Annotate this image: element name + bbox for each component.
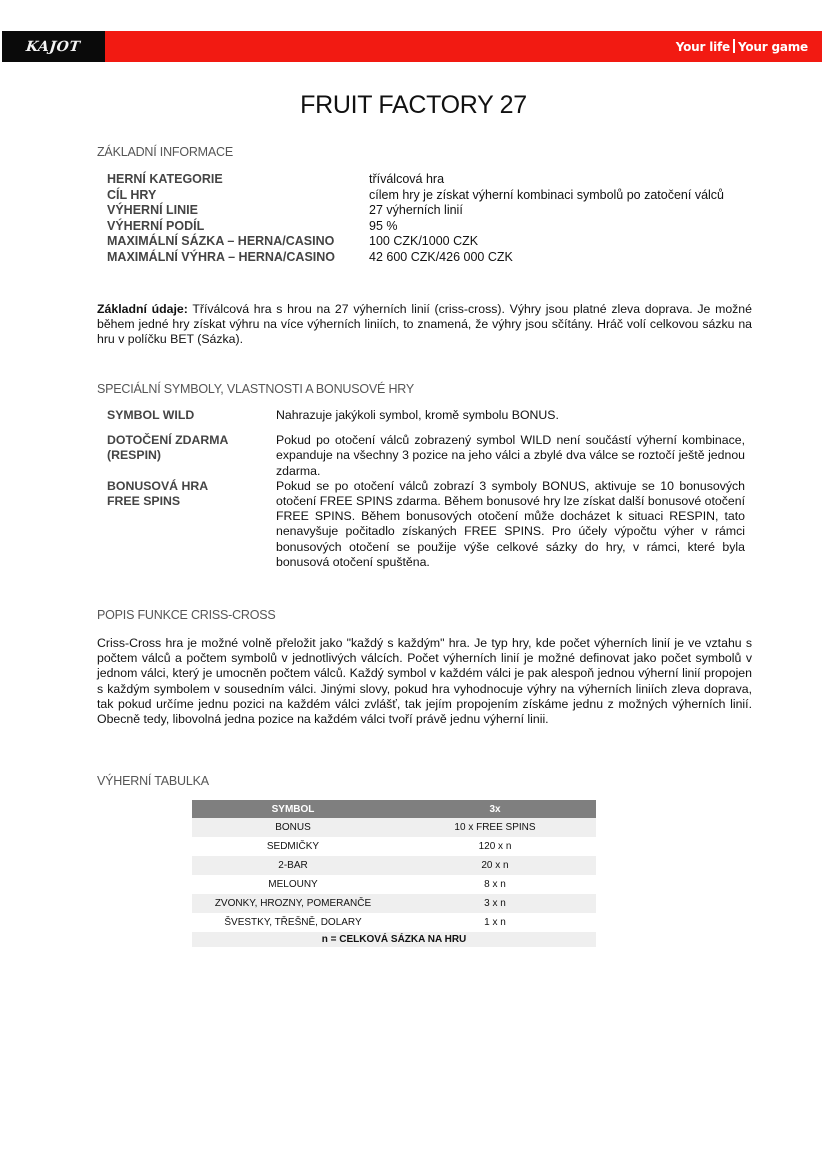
special-row-free-spins: BONUSOVÁ HRA FREE SPINS Pokud se po otoč… xyxy=(107,479,745,570)
paytable-footer-row: n = CELKOVÁ SÁZKA NA HRU xyxy=(192,932,596,947)
info-row: CÍL HRY cílem hry je získat výherní komb… xyxy=(107,188,767,204)
table-row: ŠVESTKY, TŘEŠNĚ, DOLARY 1 x n xyxy=(192,913,596,932)
paytable-symbol: ZVONKY, HROZNY, POMERANČE xyxy=(192,894,394,913)
info-label: MAXIMÁLNÍ SÁZKA – HERNA/CASINO xyxy=(107,234,369,250)
paytable-symbol: SEDMIČKY xyxy=(192,837,394,856)
paytable-symbol: BONUS xyxy=(192,818,394,837)
slogan: Your lifeYour game xyxy=(676,39,808,54)
info-label: CÍL HRY xyxy=(107,188,369,204)
special-desc: Pokud po otočení válců zobrazený symbol … xyxy=(276,433,745,479)
special-label: BONUSOVÁ HRA FREE SPINS xyxy=(107,479,237,570)
paytable-payout: 8 x n xyxy=(394,875,596,894)
info-value: 95 % xyxy=(369,219,767,235)
info-row: HERNÍ KATEGORIE tříválcová hra xyxy=(107,172,767,188)
basic-data-paragraph: Základní údaje: Tříválcová hra s hrou na… xyxy=(97,302,752,348)
table-row: SEDMIČKY 120 x n xyxy=(192,837,596,856)
special-desc: Nahrazuje jakýkoli symbol, kromě symbolu… xyxy=(276,408,745,423)
paytable-symbol: MELOUNY xyxy=(192,875,394,894)
slogan-left: Your life xyxy=(676,40,730,54)
paytable-footnote: n = CELKOVÁ SÁZKA NA HRU xyxy=(192,932,596,947)
info-label: VÝHERNÍ LINIE xyxy=(107,203,369,219)
paytable-column-symbol: SYMBOL xyxy=(192,800,394,818)
info-value: tříválcová hra xyxy=(369,172,767,188)
paytable-symbol: 2-BAR xyxy=(192,856,394,875)
table-row: MELOUNY 8 x n xyxy=(192,875,596,894)
special-symbols-table: SYMBOL WILD Nahrazuje jakýkoli symbol, k… xyxy=(107,408,745,570)
info-value: cílem hry je získat výherní kombinaci sy… xyxy=(369,188,767,204)
paytable-payout: 20 x n xyxy=(394,856,596,875)
basic-data-lead: Základní údaje: xyxy=(97,302,188,316)
info-row: VÝHERNÍ LINIE 27 výherních linií xyxy=(107,203,767,219)
info-label: HERNÍ KATEGORIE xyxy=(107,172,369,188)
basic-info-table: HERNÍ KATEGORIE tříválcová hra CÍL HRY c… xyxy=(107,172,767,265)
paytable-payout: 120 x n xyxy=(394,837,596,856)
info-row: MAXIMÁLNÍ SÁZKA – HERNA/CASINO 100 CZK/1… xyxy=(107,234,767,250)
info-value: 27 výherních linií xyxy=(369,203,767,219)
paytable-payout: 1 x n xyxy=(394,913,596,932)
paytable-column-3x: 3x xyxy=(394,800,596,818)
special-label: DOTOČENÍ ZDARMA (RESPIN) xyxy=(107,433,262,479)
special-desc: Pokud se po otočení válců zobrazí 3 symb… xyxy=(276,479,745,570)
info-label: VÝHERNÍ PODÍL xyxy=(107,219,369,235)
document-title: FRUIT FACTORY 27 xyxy=(0,91,827,120)
paytable-payout: 10 x FREE SPINS xyxy=(394,818,596,837)
slogan-separator xyxy=(733,39,735,53)
table-row: BONUS 10 x FREE SPINS xyxy=(192,818,596,837)
slogan-right: Your game xyxy=(738,40,808,54)
table-row: 2-BAR 20 x n xyxy=(192,856,596,875)
section-heading-criss-cross: POPIS FUNKCE CRISS-CROSS xyxy=(97,608,276,622)
paytable-symbol: ŠVESTKY, TŘEŠNĚ, DOLARY xyxy=(192,913,394,932)
special-label: SYMBOL WILD xyxy=(107,408,276,423)
paytable-header-row: SYMBOL 3x xyxy=(192,800,596,818)
special-row-wild: SYMBOL WILD Nahrazuje jakýkoli symbol, k… xyxy=(107,408,745,423)
info-row: MAXIMÁLNÍ VÝHRA – HERNA/CASINO 42 600 CZ… xyxy=(107,250,767,266)
info-row: VÝHERNÍ PODÍL 95 % xyxy=(107,219,767,235)
logo-container: KAJOT xyxy=(2,31,105,62)
section-heading-paytable: VÝHERNÍ TABULKA xyxy=(97,774,209,788)
table-row: ZVONKY, HROZNY, POMERANČE 3 x n xyxy=(192,894,596,913)
paytable: SYMBOL 3x BONUS 10 x FREE SPINS SEDMIČKY… xyxy=(192,800,596,947)
info-value: 42 600 CZK/426 000 CZK xyxy=(369,250,767,266)
info-value: 100 CZK/1000 CZK xyxy=(369,234,767,250)
section-heading-special: SPECIÁLNÍ SYMBOLY, VLASTNOSTI A BONUSOVÉ… xyxy=(97,382,414,396)
paytable-payout: 3 x n xyxy=(394,894,596,913)
brand-header-bar: KAJOT Your lifeYour game xyxy=(2,31,822,62)
info-label: MAXIMÁLNÍ VÝHRA – HERNA/CASINO xyxy=(107,250,369,266)
special-row-respin: DOTOČENÍ ZDARMA (RESPIN) Pokud po otočen… xyxy=(107,433,745,479)
basic-data-text: Tříválcová hra s hrou na 27 výherních li… xyxy=(97,302,752,346)
criss-cross-paragraph: Criss-Cross hra je možné volně přeložit … xyxy=(97,636,752,727)
section-heading-basic-info: ZÁKLADNÍ INFORMACE xyxy=(97,145,233,159)
kajot-logo: KAJOT xyxy=(26,39,82,55)
